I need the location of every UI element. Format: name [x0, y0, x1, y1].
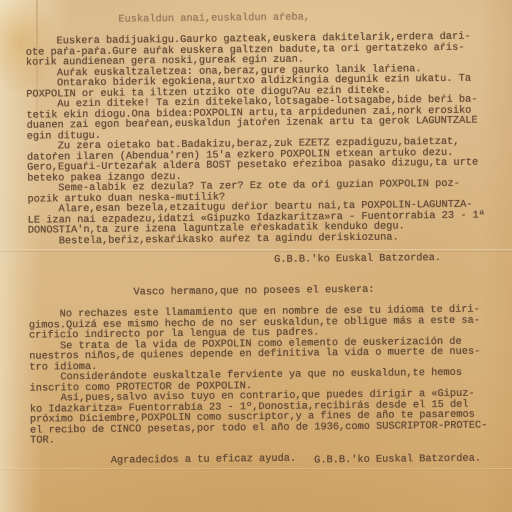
letter: Euskaldun anai,euskaldun aŕeba, Euskera …: [0, 0, 512, 457]
lower-fold-line: [0, 468, 512, 470]
salutation-basque: Euskaldun anai,euskaldun aŕeba,: [25, 10, 509, 26]
signature-basque: G.B.B.'ko Euskal Batzordea.: [28, 252, 512, 268]
basque-section: Euskaldun anai,euskaldun aŕeba, Euskera …: [25, 10, 512, 267]
spanish-section: Vasco hermano,que no posees el euskera: …: [28, 283, 512, 456]
spanish-body: No rechazes este llamamiento que en nomb…: [29, 304, 512, 446]
basque-body: Euskera badijuakigu.Gaurko gazteak,euske…: [26, 31, 512, 246]
salutation-spanish: Vasco hermano,que no posees el euskera:: [28, 283, 512, 299]
signature-spanish: G.B.B.'ko Euskal Batzordea.: [314, 454, 481, 466]
